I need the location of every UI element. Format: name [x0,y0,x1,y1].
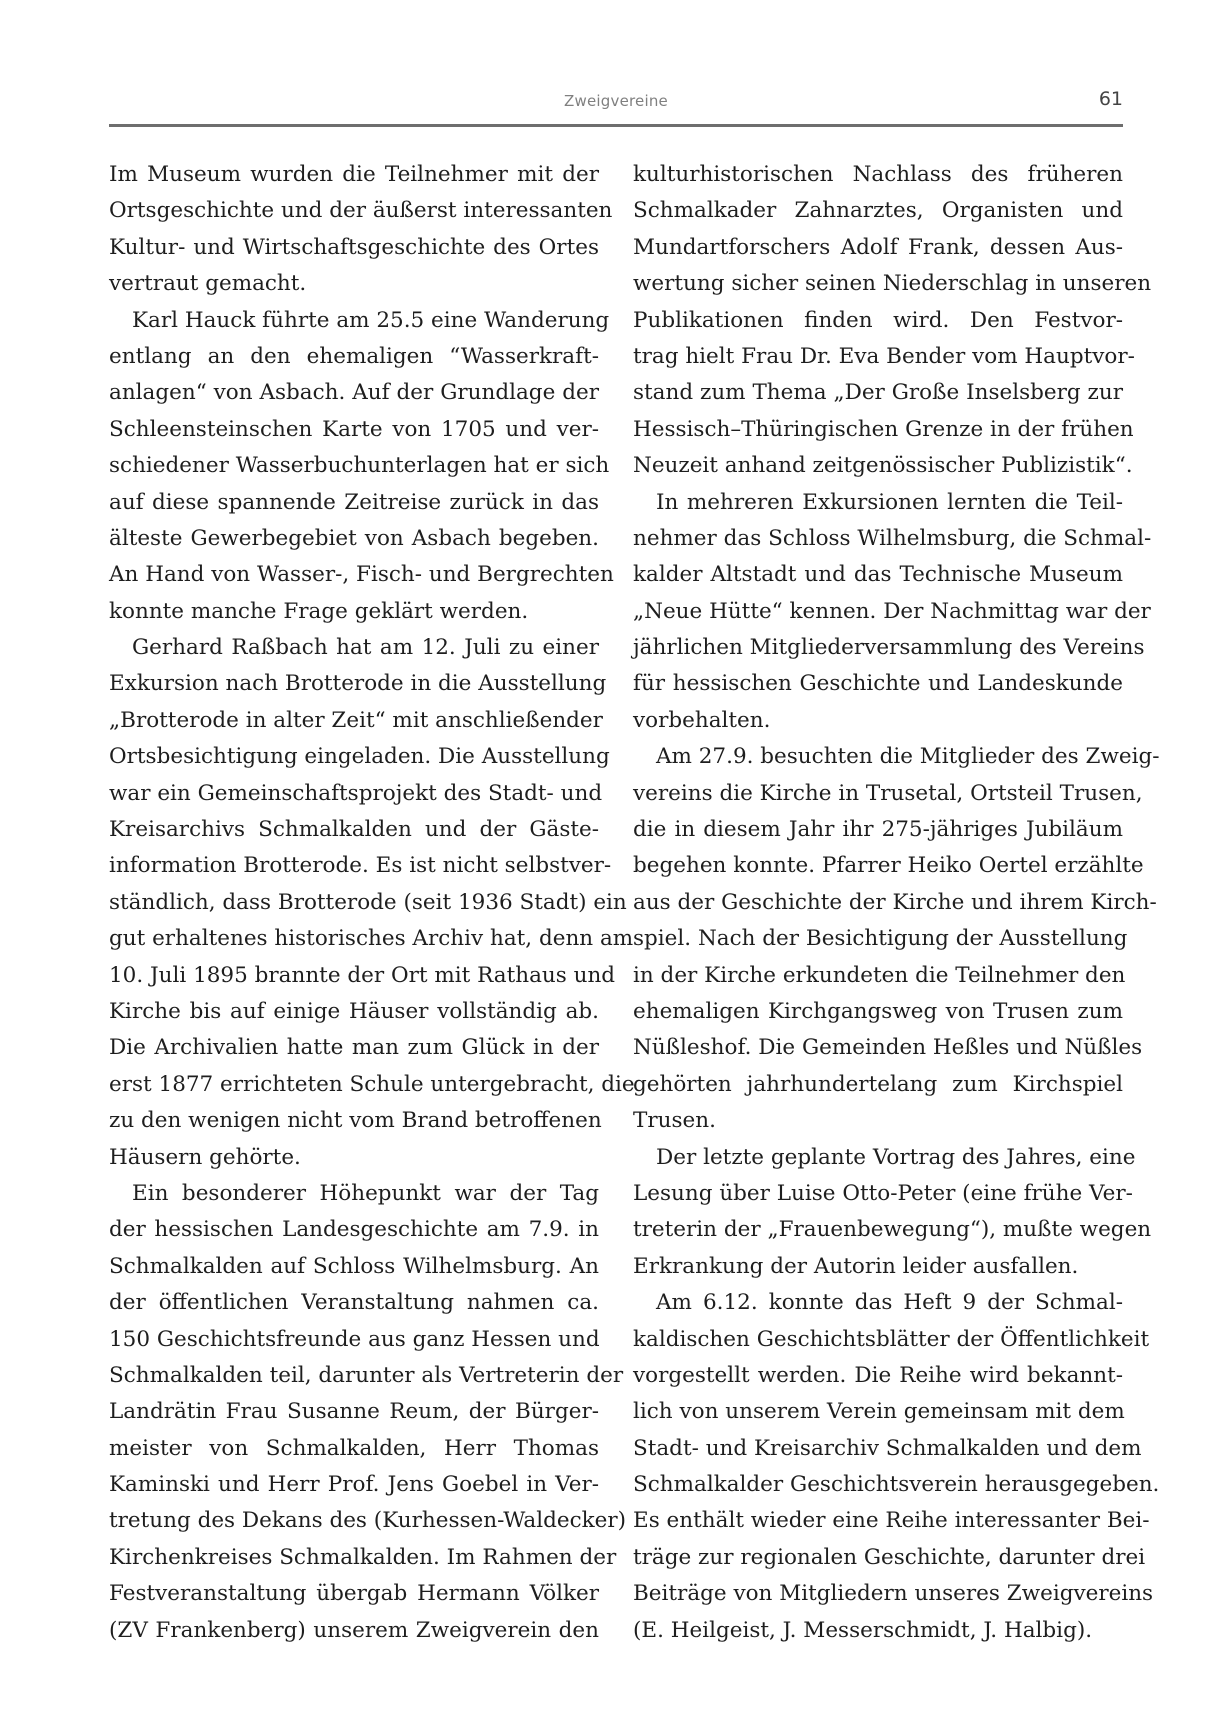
text-line: auf diese spannende Zeitreise zurück in … [109,485,599,521]
text-line: Gerhard Raßbach hat am 12. Juli zu einer [109,630,599,666]
running-header: Zweigvereine 61 [109,82,1123,122]
text-line: Schmalkalder Geschichtsverein herausgege… [633,1467,1123,1503]
text-line: Exkursion nach Brotterode in die Ausstel… [109,666,599,702]
text-line: konnte manche Frage geklärt werden. [109,594,599,630]
text-line: in der Kirche erkundeten die Teilnehmer … [633,958,1123,994]
text-line: Publikationen finden wird. Den Festvor- [633,303,1123,339]
paragraph: Ein besonderer Höhepunkt war der Tagder … [109,1176,599,1649]
text-line: spiel. Nach der Besichtigung der Ausstel… [633,921,1123,957]
text-line: nehmer das Schloss Wilhelmsburg, die Sch… [633,521,1123,557]
text-line: lich von unserem Verein gemeinsam mit de… [633,1394,1123,1430]
text-line: vereins die Kirche in Trusetal, Ortsteil… [633,776,1123,812]
text-column-left: Im Museum wurden die Teilnehmer mit derO… [109,157,599,1649]
text-line: war ein Gemeinschaftsprojekt des Stadt- … [109,776,599,812]
text-line: die in diesem Jahr ihr 275-jähriges Jubi… [633,812,1123,848]
paragraph: kulturhistorischen Nachlass des früheren… [633,157,1123,485]
text-line: ehemaligen Kirchgangsweg von Trusen zum [633,994,1123,1030]
text-line: kaldischen Geschichtsblätter der Öffentl… [633,1322,1123,1358]
text-line: Mundartforschers Adolf Frank, dessen Aus… [633,230,1123,266]
text-line: Am 27.9. besuchten die Mitglieder des Zw… [633,739,1123,775]
text-line: Der letzte geplante Vortrag des Jahres, … [633,1140,1123,1176]
text-line: trag hielt Frau Dr. Eva Bender vom Haupt… [633,339,1123,375]
text-line: der öffentlichen Veranstaltung nahmen ca… [109,1285,599,1321]
text-line: Am 6.12. konnte das Heft 9 der Schmal- [633,1285,1123,1321]
text-line: „Brotterode in alter Zeit“ mit anschließ… [109,703,599,739]
text-line: kalder Altstadt und das Technische Museu… [633,557,1123,593]
paragraph: Karl Hauck führte am 25.5 eine Wanderung… [109,303,599,631]
text-line: Kirche bis auf einige Häuser vollständig… [109,994,599,1030]
text-line: schiedener Wasserbuchunterlagen hat er s… [109,448,599,484]
text-line: gut erhaltenes historisches Archiv hat, … [109,921,599,957]
text-line: (ZV Frankenberg) unserem Zweigverein den [109,1613,599,1649]
page-number: 61 [1099,88,1123,110]
text-line: Schleensteinschen Karte von 1705 und ver… [109,412,599,448]
text-line: An Hand von Wasser-, Fisch- und Bergrech… [109,557,599,593]
text-line: Karl Hauck führte am 25.5 eine Wanderung [109,303,599,339]
text-line: Kultur- und Wirtschaftsgeschichte des Or… [109,230,599,266]
text-line: jährlichen Mitgliederversammlung des Ver… [633,630,1123,666]
text-line: Häusern gehörte. [109,1140,599,1176]
text-line: vorgestellt werden. Die Reihe wird bekan… [633,1358,1123,1394]
paragraph: Der letzte geplante Vortrag des Jahres, … [633,1140,1123,1286]
text-line: treterin der „Frauenbewegung“), mußte we… [633,1212,1123,1248]
paragraph: In mehreren Exkursionen lernten die Teil… [633,485,1123,740]
text-line: Lesung über Luise Otto-Peter (eine frühe… [633,1176,1123,1212]
text-line: für hessischen Geschichte und Landeskund… [633,666,1123,702]
text-line: Es enthält wieder eine Reihe interessant… [633,1503,1123,1539]
text-line: Kreisarchivs Schmalkalden und der Gäste- [109,812,599,848]
text-line: Kirchenkreises Schmalkalden. Im Rahmen d… [109,1540,599,1576]
text-line: kulturhistorischen Nachlass des früheren [633,157,1123,193]
text-line: In mehreren Exkursionen lernten die Teil… [633,485,1123,521]
text-line: stand zum Thema „Der Große Inselsberg zu… [633,375,1123,411]
text-line: wertung sicher seinen Niederschlag in un… [633,266,1123,302]
text-line: 10. Juli 1895 brannte der Ort mit Rathau… [109,958,599,994]
text-line: Nüßleshof. Die Gemeinden Heßles und Nüßl… [633,1030,1123,1066]
text-line: (E. Heilgeist, J. Messerschmidt, J. Halb… [633,1613,1123,1649]
text-line: anlagen“ von Asbach. Auf der Grundlage d… [109,375,599,411]
paragraph: Am 27.9. besuchten die Mitglieder des Zw… [633,739,1123,1139]
paragraph: Am 6.12. konnte das Heft 9 der Schmal-ka… [633,1285,1123,1649]
text-line: „Neue Hütte“ kennen. Der Nachmittag war … [633,594,1123,630]
text-line: Hessisch–Thüringischen Grenze in der frü… [633,412,1123,448]
paragraph: Gerhard Raßbach hat am 12. Juli zu einer… [109,630,599,1176]
text-line: aus der Geschichte der Kirche und ihrem … [633,885,1123,921]
text-line: Stadt- und Kreisarchiv Schmalkalden und … [633,1431,1123,1467]
text-line: Erkrankung der Autorin leider ausfallen. [633,1249,1123,1285]
text-line: gehörten jahrhundertelang zum Kirchspiel [633,1067,1123,1103]
text-line: erst 1877 errichteten Schule untergebrac… [109,1067,599,1103]
text-line: träge zur regionalen Geschichte, darunte… [633,1540,1123,1576]
text-line: Ortsgeschichte und der äußerst interessa… [109,193,599,229]
text-line: Landrätin Frau Susanne Reum, der Bürger- [109,1394,599,1430]
text-line: älteste Gewerbegebiet von Asbach begeben… [109,521,599,557]
text-line: vorbehalten. [633,703,1123,739]
section-title: Zweigvereine [109,92,1123,110]
text-line: vertraut gemacht. [109,266,599,302]
text-line: Die Archivalien hatte man zum Glück in d… [109,1030,599,1066]
header-divider [109,124,1123,127]
text-line: 150 Geschichtsfreunde aus ganz Hessen un… [109,1322,599,1358]
text-line: Beiträge von Mitgliedern unseres Zweigve… [633,1576,1123,1612]
text-line: Festveranstaltung übergab Hermann Völker [109,1576,599,1612]
text-line: Schmalkalden teil, darunter als Vertrete… [109,1358,599,1394]
text-column-right: kulturhistorischen Nachlass des früheren… [633,157,1123,1649]
text-line: Ein besonderer Höhepunkt war der Tag [109,1176,599,1212]
text-line: ständlich, dass Brotterode (seit 1936 St… [109,885,599,921]
text-line: Schmalkader Zahnarztes, Organisten und [633,193,1123,229]
text-line: der hessischen Landesgeschichte am 7.9. … [109,1212,599,1248]
text-line: Schmalkalden auf Schloss Wilhelmsburg. A… [109,1249,599,1285]
text-line: meister von Schmalkalden, Herr Thomas [109,1431,599,1467]
text-line: begehen konnte. Pfarrer Heiko Oertel erz… [633,848,1123,884]
paragraph: Im Museum wurden die Teilnehmer mit derO… [109,157,599,303]
text-line: Kaminski und Herr Prof. Jens Goebel in V… [109,1467,599,1503]
text-line: zu den wenigen nicht vom Brand betroffen… [109,1103,599,1139]
text-line: tretung des Dekans des (Kurhessen-Waldec… [109,1503,599,1539]
text-line: Ortsbesichtigung eingeladen. Die Ausstel… [109,739,599,775]
document-page: Zweigvereine 61 Im Museum wurden die Tei… [0,0,1225,1730]
text-line: Neuzeit anhand zeitgenössischer Publizis… [633,448,1123,484]
text-line: information Brotterode. Es ist nicht sel… [109,848,599,884]
text-line: entlang an den ehemaligen “Wasserkraft- [109,339,599,375]
text-line: Im Museum wurden die Teilnehmer mit der [109,157,599,193]
text-line: Trusen. [633,1103,1123,1139]
